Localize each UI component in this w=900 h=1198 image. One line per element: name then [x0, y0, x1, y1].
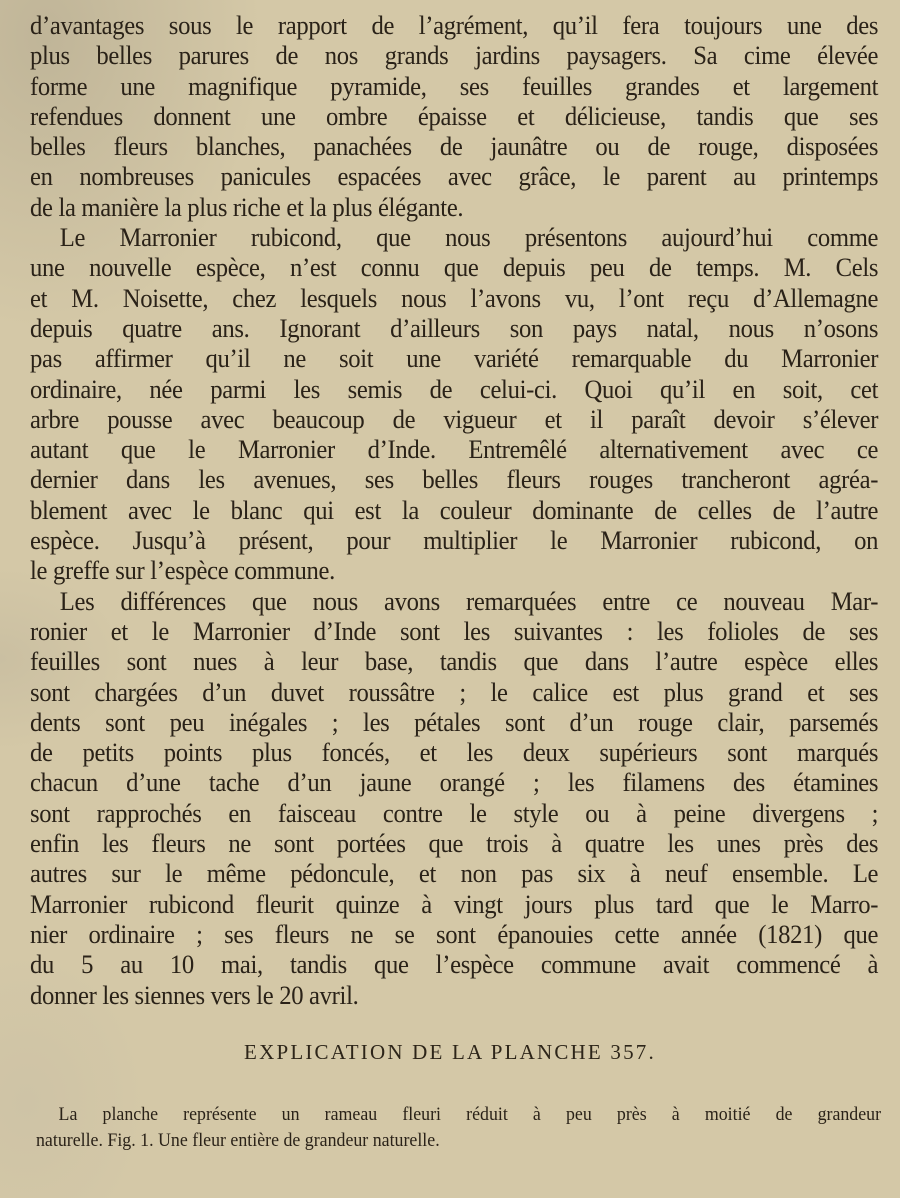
- text-line: refendues donnent une ombre épaisse et d…: [30, 101, 878, 131]
- caption-line: La planche représente un rameau fleuri r…: [36, 1102, 881, 1128]
- text-line: feuilles sont nues à leur base, tandis q…: [30, 646, 878, 676]
- body-text: d’avantages sous le rapport de l’agrémen…: [30, 10, 878, 1010]
- paragraph-start-line: Le Marronier rubicond, que nous présento…: [30, 222, 878, 252]
- plate-caption: La planche représente un rameau fleuri r…: [36, 1102, 881, 1154]
- text-line: et M. Noisette, chez lesquels nous l’avo…: [30, 283, 878, 313]
- text-line: autant que le Marronier d’Inde. Entremêl…: [30, 434, 878, 464]
- text-line: dents sont peu inégales ; les pétales so…: [30, 707, 878, 737]
- text-line: ordinaire, née parmi les semis de celui-…: [30, 374, 878, 404]
- text-line: du 5 au 10 mai, tandis que l’espèce comm…: [30, 949, 878, 979]
- text-line: donner les siennes vers le 20 avril.: [30, 980, 878, 1010]
- text-line: plus belles parures de nos grands jardin…: [30, 40, 878, 70]
- text-line: une nouvelle espèce, n’est connu que dep…: [30, 252, 878, 282]
- text-line: sont chargées d’un duvet roussâtre ; le …: [30, 677, 878, 707]
- text-line: forme une magnifique pyramide, ses feuil…: [30, 71, 878, 101]
- text-line: enfin les fleurs ne sont portées que tro…: [30, 828, 878, 858]
- text-line: depuis quatre ans. Ignorant d’ailleurs s…: [30, 313, 878, 343]
- text-line: en nombreuses panicules espacées avec gr…: [30, 161, 878, 191]
- text-line: nier ordinaire ; ses fleurs ne se sont é…: [30, 919, 878, 949]
- text-line: de la manière la plus riche et la plus é…: [30, 192, 878, 222]
- text-line: blement avec le blanc qui est la couleur…: [30, 495, 878, 525]
- text-line: de petits points plus foncés, et les deu…: [30, 737, 878, 767]
- text-line: d’avantages sous le rapport de l’agrémen…: [30, 10, 878, 40]
- caption-line: naturelle. Fig. 1. Une fleur entière de …: [36, 1128, 881, 1154]
- text-line: espèce. Jusqu’à présent, pour multiplier…: [30, 525, 878, 555]
- text-line: dernier dans les avenues, ses belles fle…: [30, 464, 878, 494]
- text-line: Marronier rubicond fleurit quinze à ving…: [30, 889, 878, 919]
- book-page: d’avantages sous le rapport de l’agrémen…: [0, 0, 900, 1198]
- text-line: le greffe sur l’espèce commune.: [30, 555, 878, 585]
- text-line: belles fleurs blanches, panachées de jau…: [30, 131, 878, 161]
- text-line: ronier et le Marronier d’Inde sont les s…: [30, 616, 878, 646]
- text-line: pas affirmer qu’il ne soit une variété r…: [30, 343, 878, 373]
- text-line: autres sur le même pédoncule, et non pas…: [30, 858, 878, 888]
- paragraph-start-line: Les différences que nous avons remarquée…: [30, 586, 878, 616]
- text-line: chacun d’une tache d’un jaune orangé ; l…: [30, 767, 878, 797]
- text-line: sont rapprochés en faisceau contre le st…: [30, 798, 878, 828]
- text-line: arbre pousse avec beaucoup de vigueur et…: [30, 404, 878, 434]
- plate-explanation-heading: EXPLICATION DE LA PLANCHE 357.: [0, 1040, 900, 1065]
